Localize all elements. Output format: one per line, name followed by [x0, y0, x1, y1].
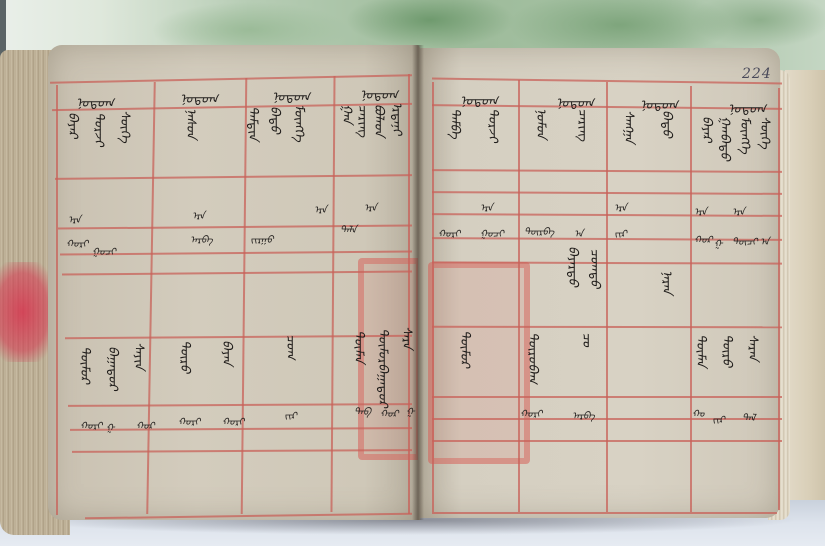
- rule-line: [408, 74, 410, 514]
- handwritten-note: ᠬᠣᠷ: [136, 414, 155, 432]
- handwritten-entry: ᠳᠣᠷᠵᠢ: [92, 112, 105, 176]
- rule-line: [690, 86, 692, 512]
- handwritten-entry: ᠨᠠᠷᠠᠨ: [660, 270, 673, 314]
- handwritten-note: ᠬᠣᠷᠢ: [66, 232, 88, 250]
- handwritten-note: ᠭ: [106, 416, 115, 434]
- left-header-col-3: ᠨᠤᠲᠤᠭ: [272, 82, 310, 105]
- handwritten-entry: ᠨᠣᠮᠤᠨ: [534, 108, 547, 158]
- handwritten-entry: ᠰᠠᠶᠢᠨ: [132, 342, 145, 406]
- right-header-col-1: ᠨᠤᠲᠤᠭ: [460, 86, 498, 109]
- photo-scene: ᠨᠤᠲᠤᠭ ᠨᠤᠲᠤᠭ ᠨᠤᠲᠤᠭ ᠨᠤᠲᠤᠭ ᠪᠠᠶᠠᠷ ᠳᠣᠷᠵᠢ ᠰᠦᠬᠡ…: [0, 0, 825, 546]
- handwritten-note: ᠬᠣᠷ: [694, 228, 713, 246]
- handwritten-note: ᠳᠠᠯ: [742, 406, 755, 424]
- handwritten-mark: ᠡᠷᠡ: [480, 196, 493, 214]
- handwritten-entry: ᠳᠠᠮᠳᠢᠨ: [246, 106, 259, 188]
- handwritten-note: ᠭ: [714, 232, 723, 250]
- handwritten-mark: ᠡᠷᠡ: [614, 196, 627, 214]
- handwritten-mark: ᠡᠷᠡ: [68, 208, 81, 226]
- handwritten-note: ᠵᠢᠷ: [712, 408, 725, 426]
- handwritten-note: ᠳᠦᠷᠪᠡ: [524, 220, 554, 238]
- handwritten-entry: ᠳᠣᠷᠵᠢ: [486, 108, 499, 152]
- handwritten-entry: ᠳᠠᠮᠪᠠ: [448, 108, 461, 152]
- handwritten-entry: ᠡᠷᠳᠡᠨᠢ: [390, 102, 403, 136]
- handwritten-entry: ᠴᠣᠭᠲᠤ: [588, 248, 601, 304]
- handwritten-note: ᠵᠢᠷ: [284, 404, 297, 422]
- handwritten-note: ᠬᠣᠷᠢ: [80, 414, 102, 432]
- handwritten-note: ᠬᠣᠷᠢ: [520, 402, 542, 420]
- rule-line: [56, 85, 58, 515]
- handwritten-note: ᠲᠠᠪ: [354, 400, 371, 418]
- handwritten-entry: ᠰᠠᠩᠭᠠ: [622, 110, 635, 148]
- handwritten-note: ᠠ: [574, 222, 583, 240]
- handwritten-note: ᠭᠤᠴᠢ: [92, 240, 116, 258]
- left-header-col-2: ᠨᠤᠲᠤᠭ: [180, 84, 218, 107]
- rule-line: [518, 80, 520, 512]
- handwritten-mark: ᠡᠷᠡ: [694, 200, 707, 218]
- handwritten-entry: ᠴᠣᠭ: [284, 334, 297, 386]
- handwritten-entry: ᠲᠥᠮᠡᠨ: [352, 330, 365, 376]
- handwritten-entry: ᠮᠥᠩᠬᠡ: [292, 104, 305, 148]
- handwritten-entry: ᠨᠠᠰᠤᠨ: [184, 108, 197, 168]
- handwritten-note: ᠳᠥᠴᠢ: [732, 230, 758, 248]
- right-header-col-4: ᠨᠤᠲᠤᠭ: [728, 94, 766, 117]
- handwritten-entry: ᠲᠥᠷᠦ: [178, 340, 191, 396]
- handwritten-entry: ᠪᠠᠶᠠᠷᠲᠤ: [566, 246, 579, 278]
- handwritten-note: ᠬᠣᠷᠢ: [178, 410, 200, 428]
- handwritten-entry: ᠪᠠᠲᠤ: [660, 110, 673, 140]
- rule-line: [432, 512, 777, 514]
- handwritten-note: ᠬᠣᠷᠢ: [222, 410, 244, 428]
- left-header-col-4: ᠨᠤᠲᠤᠭ: [360, 80, 398, 103]
- handwritten-entry: ᠰᠦᠬᠡ: [758, 116, 771, 146]
- paper-backdrop: [785, 70, 825, 500]
- handwritten-mark: ᠡᠷᠡ: [732, 200, 745, 218]
- rule-line: [778, 88, 780, 510]
- handwritten-note: ᠠᠷᠪᠠ: [190, 228, 213, 246]
- handwritten-entry: ᠴᠡᠷᠢᠩ: [576, 108, 589, 140]
- book-gutter: [412, 45, 424, 520]
- handwritten-entry: ᠲᠥᠷᠦᠪᠠᠭ: [526, 332, 539, 378]
- handwritten-entry: ᠭᠠᠨ: [340, 104, 353, 134]
- handwritten-note: ᠳᠠᠯᠠ: [340, 218, 357, 236]
- page-number: 224: [742, 66, 772, 82]
- handwritten-note: ᠭᠤᠴᠢ: [480, 222, 504, 240]
- handwritten-note: ᠠ: [760, 230, 769, 248]
- handwritten-note: ᠵᠢᠷᠭᠤ: [250, 228, 273, 246]
- handwritten-entry: ᠰᠠᠷᠠᠨ: [746, 334, 759, 390]
- handwritten-note: ᠬᠣᠷ: [380, 402, 399, 420]
- handwritten-entry: ᠴᠣ: [580, 332, 593, 360]
- handwritten-mark: ᠡᠷᠡ: [314, 198, 327, 216]
- handwritten-entry: ᠮᠥᠩᠬᠡ: [738, 116, 751, 178]
- handwritten-entry: ᠪᠠᠶᠠᠷ: [66, 112, 79, 176]
- handwritten-note: ᠬᠣ: [692, 402, 704, 420]
- handwritten-entry: ᠲᠥᠷᠦ: [720, 334, 733, 384]
- handwritten-mark: ᠡᠷᠡ: [364, 196, 377, 214]
- handwritten-entry: ᠪᠠᠭᠠᠲᠤᠷ: [106, 346, 119, 390]
- handwritten-entry: ᠲᠥᠮᠦᠷ: [78, 346, 91, 396]
- handwritten-entry: ᠴᠡᠷᠢᠩ: [356, 104, 369, 164]
- red-seal-stamp: [428, 262, 530, 464]
- handwritten-entry: ᠲᠥᠮᠦᠷ: [458, 330, 471, 380]
- handwritten-entry: ᠭᠠᠨᠪᠠᠲᠤ: [718, 116, 731, 170]
- handwritten-entry: ᠲᠥᠮᠦᠷᠪᠠᠭᠠᠲᠤᠷ: [376, 328, 389, 402]
- handwritten-entry: ᠪᠣᠯᠠᠳ: [372, 104, 385, 150]
- handwritten-note: ᠠᠷᠪᠠ: [572, 404, 595, 422]
- rule-line: [606, 82, 608, 512]
- handwritten-entry: ᠪᠠᠲᠤ: [268, 106, 281, 162]
- handwritten-entry: ᠰᠦᠬᠡ: [118, 110, 131, 170]
- handwritten-note: ᠬᠣᠷᠢ: [438, 222, 460, 240]
- left-header-col-1: ᠨᠤᠲᠤᠭ: [76, 88, 114, 111]
- handwritten-note: ᠵᠢᠷ: [614, 222, 627, 240]
- handwritten-mark: ᠡᠷᠡ: [192, 204, 205, 222]
- handwritten-entry: ᠪᠠᠶᠠᠷ: [700, 116, 713, 142]
- rule-line: [432, 82, 434, 512]
- handwritten-entry: ᠪᠠᠶᠠᠨ: [220, 340, 233, 386]
- handwritten-entry: ᠲᠥᠮᠡᠨ: [694, 334, 707, 378]
